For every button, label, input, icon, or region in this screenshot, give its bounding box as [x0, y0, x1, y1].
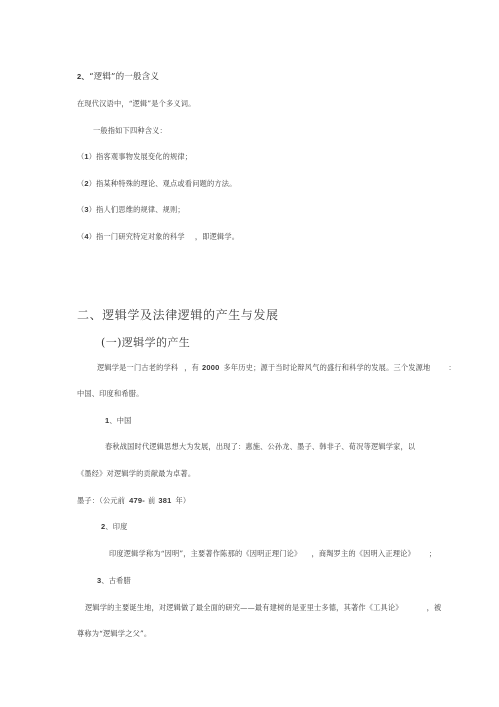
- item-text-tail: ，即逻辑学。: [195, 232, 239, 241]
- text: 逻辑学是一门古老的学科: [97, 363, 178, 372]
- year-start: 479-: [129, 496, 145, 505]
- section-heading-text: “逻辑”的一般含义: [89, 72, 159, 82]
- chapter-subtitle: (一)逻辑学的产生: [101, 334, 190, 350]
- list-item: （1）指客观事物发展变化的规律；: [77, 152, 192, 162]
- text: 年）: [175, 496, 190, 505]
- subsection-heading-china: 1、中国: [105, 416, 132, 426]
- subsection-text: 、古希腊: [101, 576, 131, 585]
- year-count: 2000: [202, 363, 220, 372]
- text: 多年历史；源于当时论辩风气的盛行和科学的发展。三个发源地: [224, 363, 431, 372]
- paragraph-origin-cont: 中国、印度和希腊。: [77, 389, 144, 399]
- list-item: （3）指人们思维的规律、规则；: [77, 205, 185, 215]
- text: ，有: [184, 363, 199, 372]
- text: 墨子：（公元前: [77, 496, 125, 505]
- list-item: （2）指某种特殊的理论、观点或看问题的方法。: [77, 179, 237, 189]
- text: ：: [448, 363, 455, 372]
- year-end: 381: [158, 496, 171, 505]
- paragraph-india: 印度逻辑学称为“因明”，主要著作陈那的《因明正理门论》，商羯罗主的《因明入正理论…: [109, 549, 436, 559]
- item-text: 指客观事物发展变化的规律；: [96, 152, 192, 161]
- paragraph-china: 春秋战国时代逻辑思想大为发展，出现了：惠施、公孙龙、墨子、韩非子、荀况等逻辑学家…: [105, 442, 415, 452]
- subsection-text: 、印度: [105, 522, 127, 531]
- section-heading: 2、“逻辑”的一般含义: [77, 70, 159, 82]
- text: ；: [429, 549, 436, 558]
- subsection-heading-greece: 3、古希腊: [97, 576, 131, 586]
- list-item: （4）指一门研究特定对象的科学，即逻辑学。: [77, 232, 239, 242]
- intro-paragraph: 在现代汉语中，“逻辑”是个多义词。: [77, 99, 196, 109]
- mozi-dates: 墨子：（公元前479-前381年）: [77, 496, 190, 506]
- paragraph-greece-cont: 尊称为“逻辑学之父”。: [77, 629, 151, 639]
- sub-intro-paragraph: 一般指如下四种含义：: [93, 126, 167, 136]
- text: ，商羯罗主的《因明入正理论》: [311, 549, 414, 558]
- text: 印度逻辑学称为“因明”，主要著作陈那的《因明正理门论》: [109, 549, 301, 558]
- item-text: 指一门研究特定对象的科学: [96, 232, 185, 241]
- paragraph-greece: 逻辑学的主要诞生地，对逻辑做了最全面的研究——最有建树的是亚里士多德，其著作《工…: [85, 603, 441, 613]
- item-text: 指某种特殊的理论、观点或看问题的方法。: [96, 179, 236, 188]
- section-number: 2、: [77, 72, 89, 81]
- text: ，被: [427, 603, 442, 612]
- paragraph-origin: 逻辑学是一门古老的学科，有2000多年历史；源于当时论辩风气的盛行和科学的发展。…: [97, 363, 456, 373]
- subsection-heading-india: 2、印度: [101, 522, 128, 532]
- item-text: 指人们思维的规律、规则；: [96, 205, 185, 214]
- text: 前: [148, 496, 155, 505]
- paragraph-china-cont: 《墨经》对逻辑学的贡献最为卓著。: [77, 469, 195, 479]
- text: 逻辑学的主要诞生地，对逻辑做了最全面的研究——最有建树的是亚里士多德，其著作《工…: [85, 603, 403, 612]
- subsection-text: 、中国: [109, 416, 131, 425]
- chapter-title: 二、逻辑学及法律逻辑的产生与发展: [77, 306, 279, 323]
